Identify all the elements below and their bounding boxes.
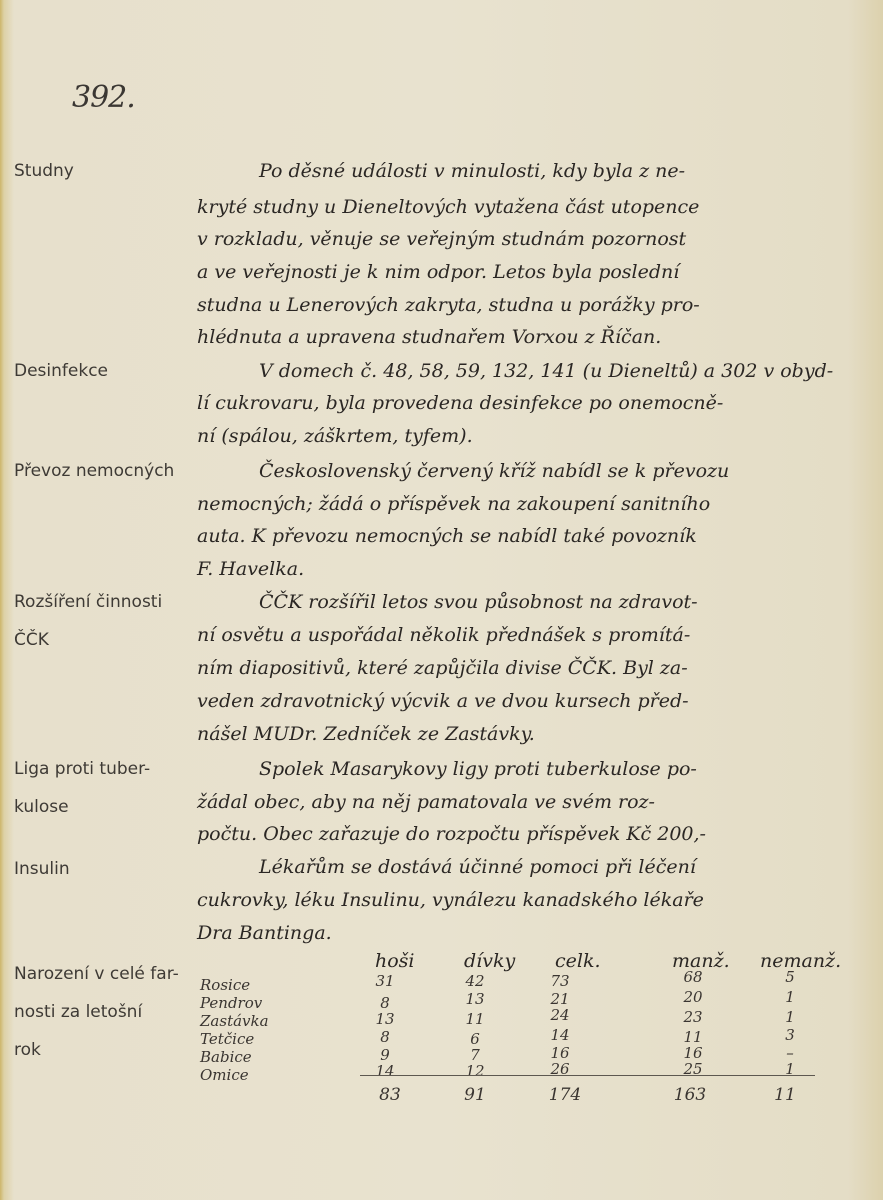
table-cell: 13 xyxy=(360,1010,410,1028)
village-name: Rosice xyxy=(200,976,250,994)
table-cell: 20 xyxy=(668,988,718,1006)
ledger-page: 392. Studny Po děsné události v minulost… xyxy=(0,0,883,1200)
total-celk: 174 xyxy=(535,1085,595,1105)
column-header-celk: celk. xyxy=(555,950,601,972)
margin-label-desinfekce: Desinfekce xyxy=(14,352,108,390)
margin-label-rozsireni-cinnosti: Rozšíření činnosti ČČK xyxy=(14,583,162,659)
village-name: Pendrov xyxy=(200,994,262,1012)
table-cell: 1 xyxy=(765,988,815,1006)
table-cell: 13 xyxy=(450,990,500,1008)
village-name: Omice xyxy=(200,1066,249,1084)
table-cell: 68 xyxy=(668,968,718,986)
table-cell: 14 xyxy=(360,1062,410,1080)
table-cell: 11 xyxy=(450,1010,500,1028)
table-cell: 1 xyxy=(765,1008,815,1026)
table-cell: 12 xyxy=(450,1062,500,1080)
page-number: 392. xyxy=(72,80,135,115)
margin-label-narozeni: Narození v celé far- nosti za letošní ro… xyxy=(14,955,179,1069)
table-cell: 3 xyxy=(765,1026,815,1044)
margin-label-studny: Studny xyxy=(14,152,74,190)
table-cell: 8 xyxy=(360,1028,410,1046)
table-cell: 14 xyxy=(535,1026,585,1044)
margin-label-insulin: Insulin xyxy=(14,850,70,888)
village-name: Tetčice xyxy=(200,1030,254,1048)
text-line: Po děsné události v minulosti, kdy byla … xyxy=(197,152,883,190)
text-line: hlédnuta a upravena studnařem Vorxou z Ř… xyxy=(197,318,857,356)
margin-label-prevoz-nemocnych: Převoz nemocných xyxy=(14,452,174,490)
table-cell: 23 xyxy=(668,1008,718,1026)
table-cell: 31 xyxy=(360,972,410,990)
text-line: Dra Bantinga. xyxy=(197,914,857,952)
text-line: nášel MUDr. Zedníček ze Zastávky. xyxy=(197,715,857,753)
village-name: Babice xyxy=(200,1048,252,1066)
sum-rule-divider xyxy=(360,1075,815,1076)
column-header-hosi: hoši xyxy=(375,950,415,972)
total-divky: 91 xyxy=(445,1085,505,1105)
text-line: ní (spálou, záškrtem, tyfem). xyxy=(197,417,857,455)
total-nemanz: 11 xyxy=(755,1085,815,1105)
table-cell: 42 xyxy=(450,972,500,990)
total-manz: 163 xyxy=(660,1085,720,1105)
total-hosi: 83 xyxy=(360,1085,420,1105)
table-cell: 24 xyxy=(535,1006,585,1024)
table-cell: 5 xyxy=(765,968,815,986)
column-header-divky: dívky xyxy=(464,950,515,972)
margin-label-liga-proti-tuberkulose: Liga proti tuber- kulose xyxy=(14,750,150,826)
village-name: Zastávka xyxy=(200,1012,269,1030)
table-cell: 73 xyxy=(535,972,585,990)
